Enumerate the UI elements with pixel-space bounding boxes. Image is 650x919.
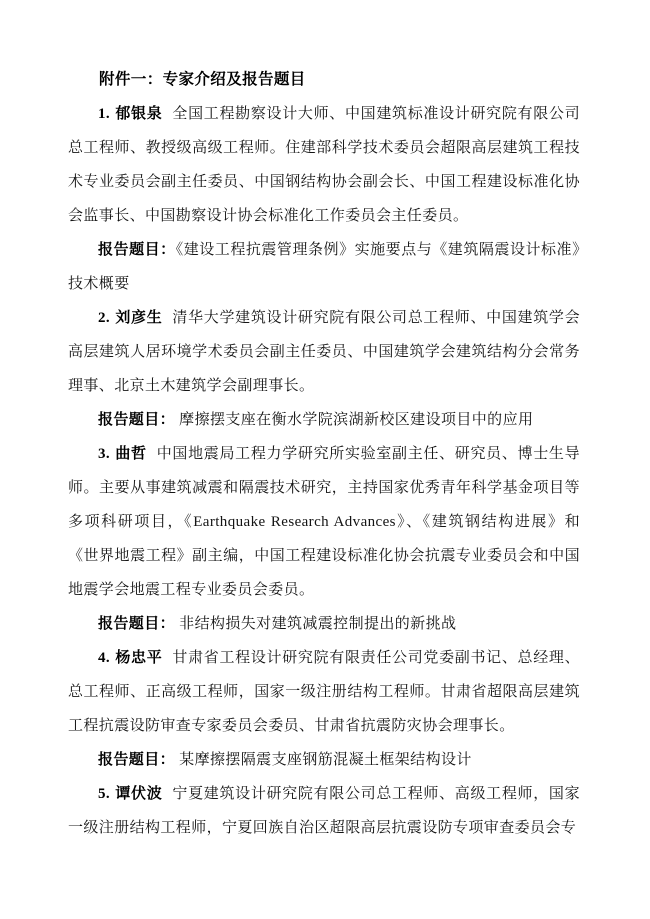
expert-bio: 中国地震局工程力学研究所实验室副主任、研究员、博士生导师。主要从事建筑减震和隔震… bbox=[68, 446, 580, 598]
report-title-label: 报告题目： bbox=[98, 752, 175, 768]
expert-number: 5. bbox=[98, 786, 110, 802]
expert-intro-paragraph: 3.曲哲中国地震局工程力学研究所实验室副主任、研究员、博士生导师。主要从事建筑减… bbox=[68, 437, 580, 607]
expert-intro-paragraph: 1.郁银泉全国工程勘察设计大师、中国建筑标准设计研究院有限公司总工程师、教授级高… bbox=[68, 97, 580, 233]
expert-number: 3. bbox=[98, 446, 110, 462]
page-title: 附件一：专家介绍及报告题目 bbox=[68, 63, 580, 97]
report-title-paragraph: 报告题目： 某摩擦摆隔震支座钢筋混凝土框架结构设计 bbox=[68, 743, 580, 777]
expert-intro-paragraph: 2.刘彦生清华大学建筑设计研究院有限公司总工程师、中国建筑学会高层建筑人居环境学… bbox=[68, 301, 580, 403]
expert-number: 1. bbox=[98, 106, 110, 122]
expert-intro-paragraph: 4.杨忠平甘肃省工程设计研究院有限责任公司党委副书记、总经理、总工程师、正高级工… bbox=[68, 641, 580, 743]
expert-intro-paragraph: 5.谭伏波宁夏建筑设计研究院有限公司总工程师、高级工程师，国家一级注册结构工程师… bbox=[68, 777, 580, 845]
report-title-paragraph: 报告题目： 非结构损失对建筑减震控制提出的新挑战 bbox=[68, 607, 580, 641]
report-title-text: 摩擦摆支座在衡水学院滨湖新校区建设项目中的应用 bbox=[175, 412, 533, 428]
report-title-paragraph: 报告题目： 摩擦摆支座在衡水学院滨湖新校区建设项目中的应用 bbox=[68, 403, 580, 437]
report-title-paragraph: 报告题目：《建设工程抗震管理条例》实施要点与《建筑隔震设计标准》技术概要 bbox=[68, 233, 580, 301]
report-title-label: 报告题目： bbox=[98, 616, 175, 632]
report-title-label: 报告题目： bbox=[98, 242, 176, 258]
expert-number: 4. bbox=[98, 650, 110, 666]
report-title-text: 某摩擦摆隔震支座钢筋混凝土框架结构设计 bbox=[175, 752, 472, 768]
expert-name: 谭伏波 bbox=[115, 786, 162, 802]
expert-name: 曲哲 bbox=[115, 446, 147, 462]
report-title-text: 非结构损失对建筑减震控制提出的新挑战 bbox=[175, 616, 456, 632]
expert-number: 2. bbox=[98, 310, 110, 326]
report-title-label: 报告题目： bbox=[98, 412, 175, 428]
expert-name: 郁银泉 bbox=[115, 106, 162, 122]
document-page: 附件一：专家介绍及报告题目 1.郁银泉全国工程勘察设计大师、中国建筑标准设计研究… bbox=[0, 0, 650, 919]
expert-bio: 全国工程勘察设计大师、中国建筑标准设计研究院有限公司总工程师、教授级高级工程师。… bbox=[68, 106, 580, 224]
experts-list: 1.郁银泉全国工程勘察设计大师、中国建筑标准设计研究院有限公司总工程师、教授级高… bbox=[68, 97, 580, 845]
expert-name: 杨忠平 bbox=[115, 650, 162, 666]
expert-name: 刘彦生 bbox=[115, 310, 162, 326]
